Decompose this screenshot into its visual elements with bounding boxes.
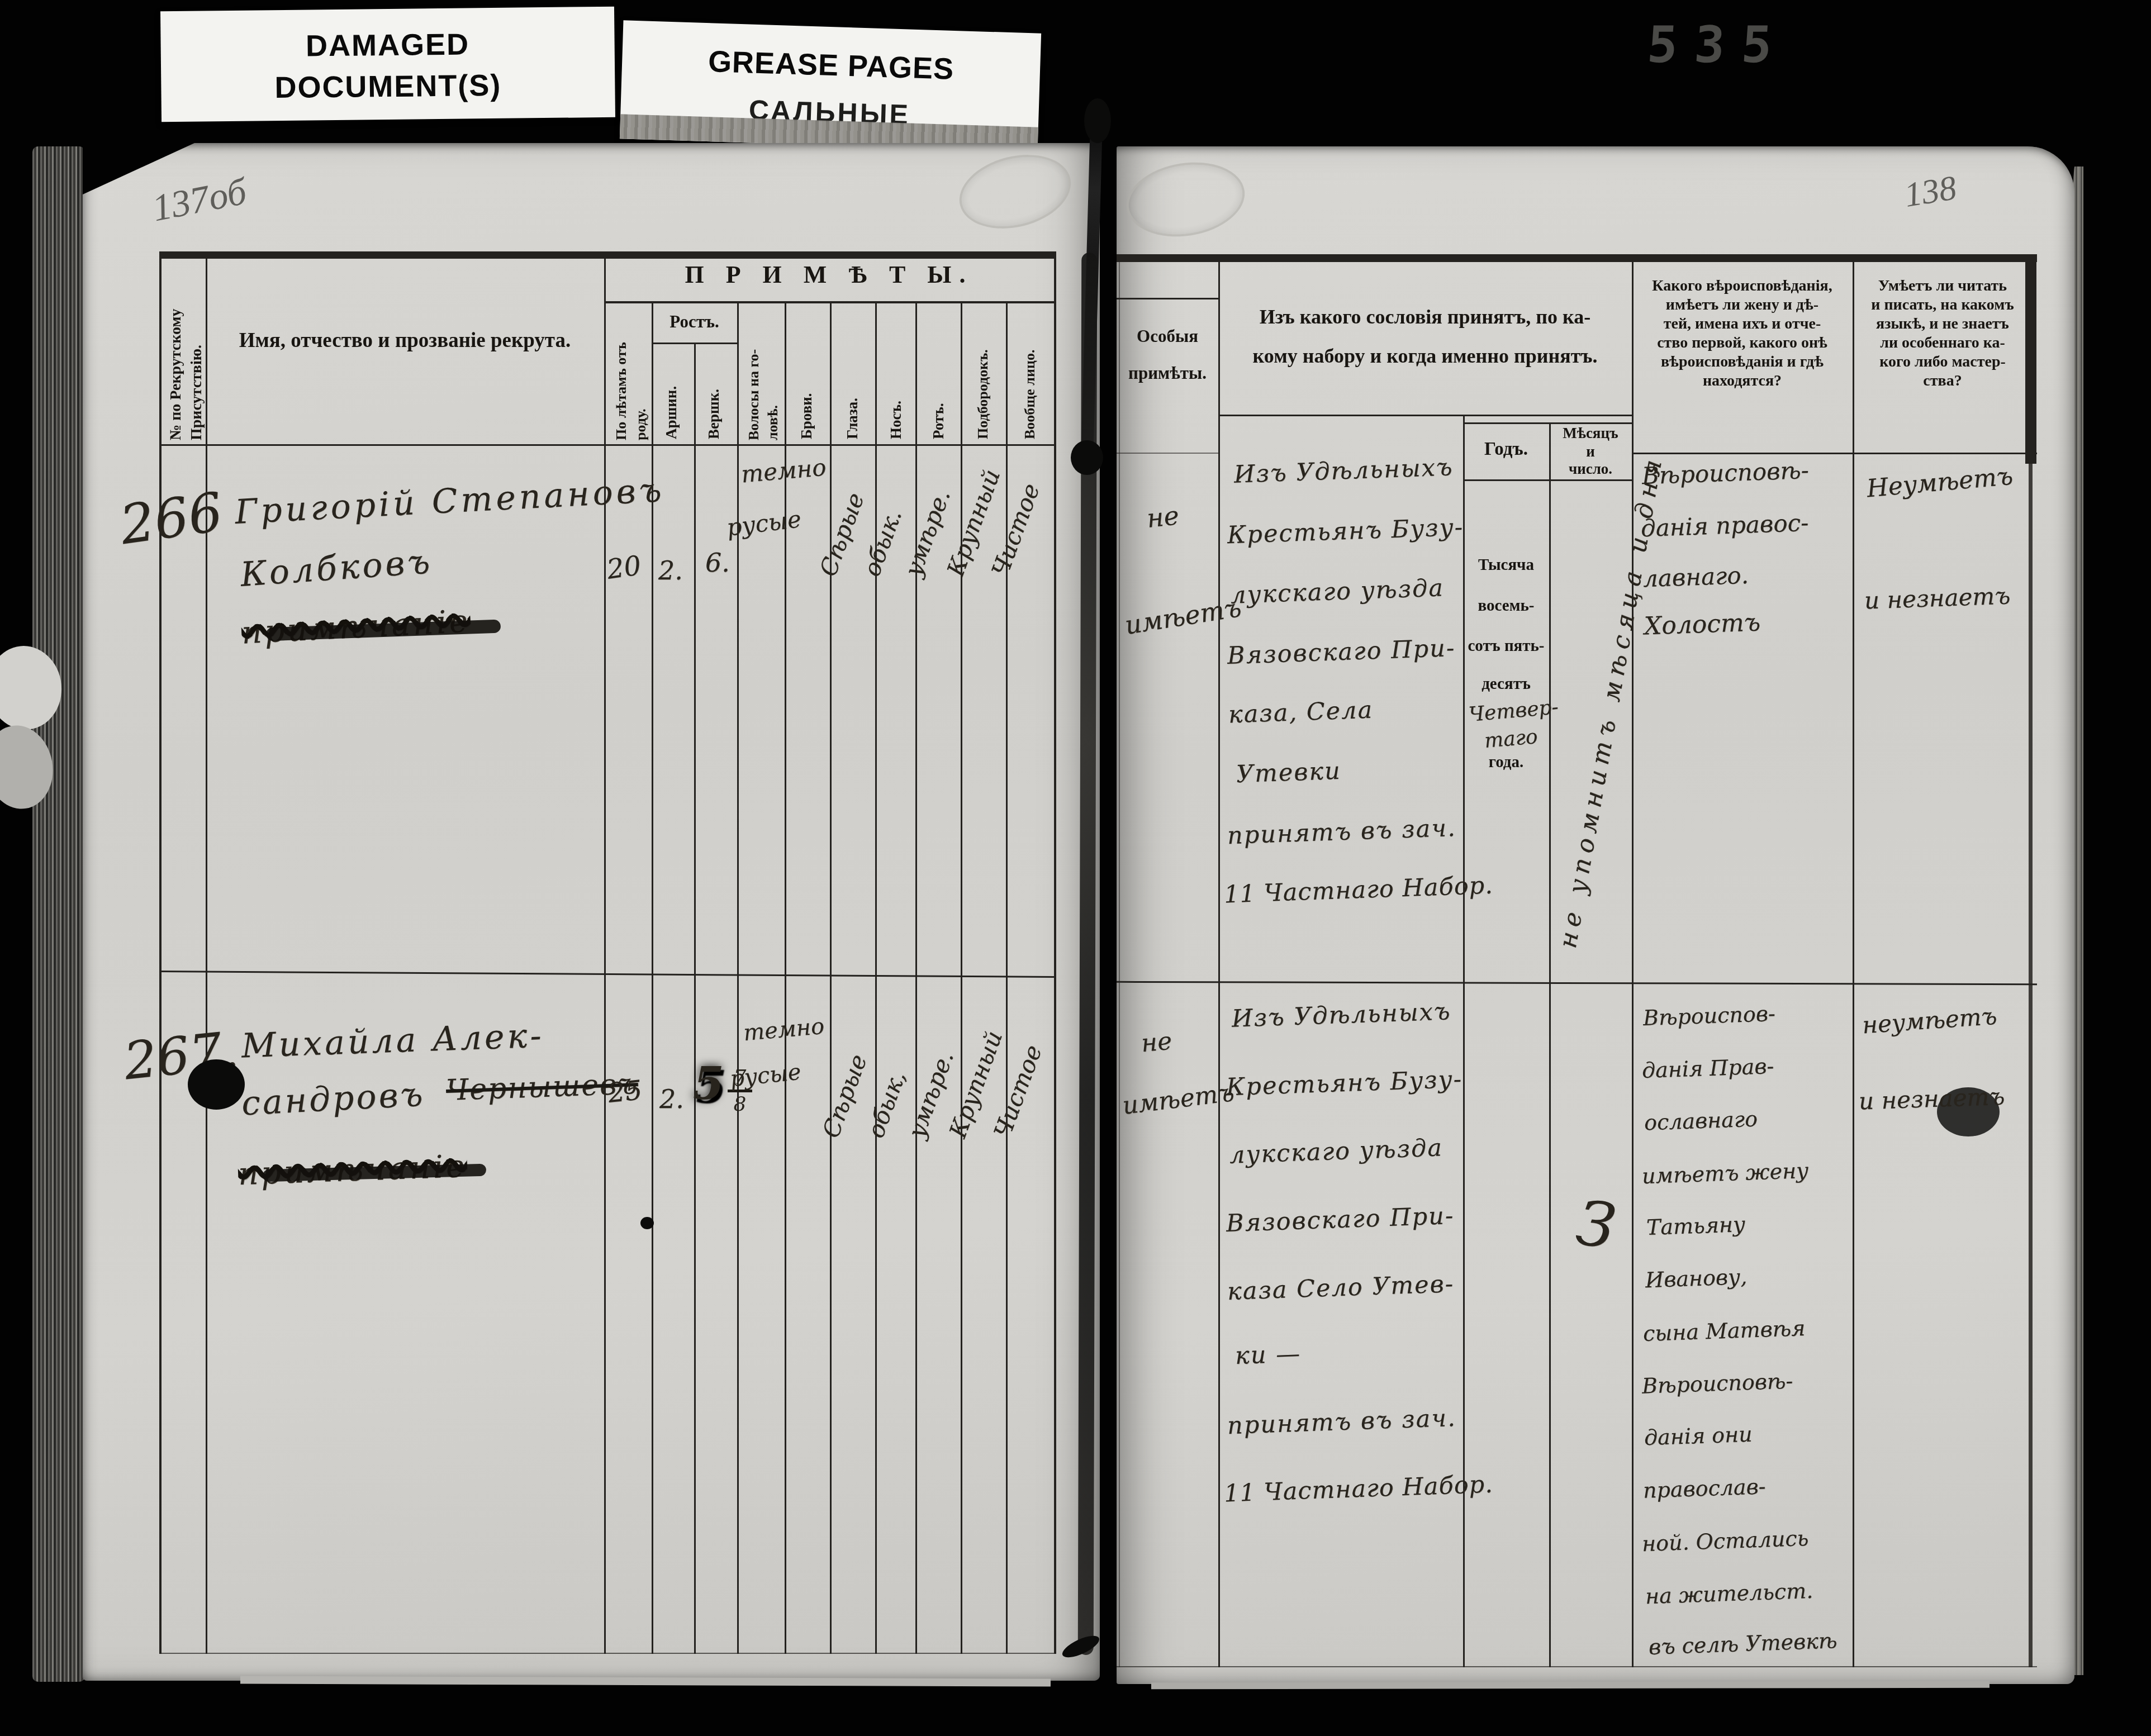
col-header-special-line1: Особыя bbox=[1117, 326, 1218, 346]
special-marks-line1: не bbox=[1140, 1027, 1173, 1058]
col-header-religion-l1: Какого вѣроисповѣданія, bbox=[1632, 277, 1853, 295]
col-header-name: Имя, отчество и прозваніе рекрута. bbox=[206, 329, 604, 353]
grease-label-title: GREASE PAGES bbox=[621, 41, 1041, 89]
table-line bbox=[159, 444, 1054, 446]
col-header-religion-l6: находятся? bbox=[1632, 372, 1853, 390]
table-line bbox=[1632, 254, 1634, 1667]
col-header-literacy-l4: ли особеннаго ка- bbox=[1853, 334, 2033, 352]
table-line bbox=[159, 251, 162, 1654]
year-printed-l1: Тысяча bbox=[1463, 556, 1549, 574]
vershok-whole-blotted: 5 bbox=[693, 1057, 724, 1110]
table-line bbox=[1117, 254, 2037, 262]
damaged-label-line2: DOCUMENT(S) bbox=[161, 67, 615, 106]
estate-line: ки — bbox=[1234, 1340, 1302, 1370]
col-header-literacy-l3: языкѣ, и не знаетъ bbox=[1853, 315, 2033, 333]
frame-counter-digits: 535 bbox=[1645, 16, 1791, 74]
table-line bbox=[1119, 254, 1120, 1667]
table-line bbox=[604, 251, 606, 1654]
col-header-nose: Носъ. bbox=[887, 401, 905, 439]
col-header-recruit-no: № по Рекрутскому Присутствію. bbox=[165, 308, 207, 440]
table-line bbox=[830, 301, 832, 1654]
col-header-religion-l3: тей, имена ихъ и отче- bbox=[1632, 315, 1853, 333]
table-line bbox=[1054, 251, 1056, 1654]
col-header-religion-l2: имѣетъ ли жену и дѣ- bbox=[1632, 296, 1853, 314]
estate-line: Утевки bbox=[1236, 757, 1341, 789]
col-header-literacy-l1: Умѣетъ ли читать bbox=[1853, 277, 2033, 295]
col-header-month-line3: число. bbox=[1549, 460, 1632, 478]
literacy-line2: и незнаетъ bbox=[1858, 1082, 2005, 1115]
table-line bbox=[1632, 453, 2037, 454]
year-printed-l4: десятъ bbox=[1463, 675, 1549, 693]
col-header-religion-l4: ство первой, какого онѣ bbox=[1632, 334, 1853, 352]
table-line bbox=[785, 301, 786, 1654]
religion-line: Иванову, bbox=[1645, 1264, 1747, 1292]
table-line bbox=[1463, 479, 1632, 481]
col-header-month-line2: и bbox=[1549, 443, 1632, 460]
col-header-month-line1: Мѣсяцъ bbox=[1549, 425, 1632, 442]
table-line bbox=[961, 301, 962, 1654]
grease-pages-label: GREASE PAGES САЛЬНЫЕ bbox=[620, 20, 1041, 151]
col-header-literacy-l6: ства? bbox=[1853, 372, 2033, 390]
col-header-year: Годъ. bbox=[1463, 439, 1549, 460]
arshin-value: 2. bbox=[659, 1084, 684, 1114]
table-line bbox=[1218, 254, 1220, 1667]
year-printed-l3: сотъ пять- bbox=[1463, 637, 1549, 655]
scanned-register-frame: DAMAGED DOCUMENT(S) GREASE PAGES САЛЬНЫЕ… bbox=[0, 0, 2151, 1736]
religion-line: православ- bbox=[1642, 1474, 1766, 1503]
ink-splotch-top bbox=[1071, 440, 1103, 475]
col-header-literacy-l2: и писать, на какомъ bbox=[1853, 296, 2033, 314]
religion-line: Вѣроиспов- bbox=[1642, 1001, 1775, 1030]
table-line bbox=[1218, 415, 1632, 416]
table-line bbox=[915, 301, 917, 1654]
religion-line: данія Прав- bbox=[1641, 1054, 1774, 1083]
arshin-value: 2. bbox=[658, 555, 683, 586]
col-header-mouth: Ротъ. bbox=[930, 403, 947, 439]
col-header-arshin: Аршин. bbox=[663, 386, 680, 439]
ink-blot-large bbox=[188, 1059, 245, 1110]
table-line bbox=[1117, 298, 1218, 299]
table-line bbox=[1117, 453, 1218, 454]
religion-line: Вѣроисповѣ- bbox=[1641, 1368, 1793, 1398]
col-header-estate-line1: Изъ какого сословія принятъ, по ка- bbox=[1218, 305, 1632, 329]
year-printed-l5: года. bbox=[1463, 753, 1549, 772]
col-header-special-line2: примѣты. bbox=[1117, 363, 1218, 383]
table-line bbox=[737, 301, 739, 1654]
estate-line: каза, Села bbox=[1228, 696, 1374, 729]
table-line bbox=[2029, 464, 2033, 1667]
table-line bbox=[694, 343, 696, 1654]
col-header-eyes: Глаза. bbox=[844, 398, 861, 439]
table-line bbox=[1117, 1666, 2037, 1667]
ink-dot bbox=[640, 1217, 654, 1229]
col-header-estate-line2: кому набору и когда именно принятъ. bbox=[1218, 344, 1632, 368]
special-marks-line1: не bbox=[1145, 500, 1180, 534]
age-value: 20 bbox=[605, 550, 643, 586]
religion-line: Вѣроисповѣ- bbox=[1641, 456, 1809, 489]
age-value: 25 bbox=[606, 1074, 644, 1109]
table-line bbox=[1853, 254, 1854, 1667]
book-left-edge bbox=[32, 146, 85, 1682]
col-header-chin: Подбородокъ. bbox=[975, 349, 991, 439]
table-line bbox=[875, 301, 877, 1654]
religion-line: лавнаго. bbox=[1642, 562, 1749, 593]
folio-number-right: 138 bbox=[1902, 168, 1959, 216]
fraction-denominator: 8 bbox=[734, 1093, 747, 1116]
table-line bbox=[159, 251, 1054, 259]
table-line bbox=[604, 301, 1054, 303]
damaged-document-label: DAMAGED DOCUMENT(S) bbox=[160, 7, 615, 122]
col-header-religion-l5: вѣроисповѣданія и гдѣ bbox=[1632, 353, 1853, 371]
year-written-line2: таго bbox=[1483, 725, 1539, 753]
col-header-primety: П Р И М Ѣ Т Ы. bbox=[604, 260, 1054, 289]
table-line bbox=[1463, 422, 1632, 424]
right-page-bottom-edge bbox=[1151, 1681, 1989, 1690]
col-header-hair: Волосы на го- ловѣ. bbox=[744, 349, 782, 440]
vershok-value: 6. bbox=[705, 548, 730, 578]
religion-line: Холостъ bbox=[1644, 608, 1761, 640]
col-header-age: По лѣтамъ отъ роду. bbox=[611, 342, 650, 440]
table-line bbox=[1549, 422, 1551, 1667]
religion-line: данія правос- bbox=[1640, 509, 1809, 542]
col-header-vershok: Вершк. bbox=[705, 389, 723, 439]
col-header-height: Ростъ. bbox=[652, 312, 737, 332]
col-header-literacy-l5: кого либо мастер- bbox=[1853, 353, 2033, 371]
religion-line: ославнаго bbox=[1644, 1106, 1758, 1135]
year-printed-l2: восемь- bbox=[1463, 597, 1549, 615]
col-header-brows: Брови. bbox=[798, 393, 815, 439]
religion-line: данія они bbox=[1644, 1422, 1753, 1450]
col-header-face: Вообще лицо. bbox=[1022, 350, 1038, 439]
table-line bbox=[1006, 301, 1008, 1654]
damaged-label-line1: DAMAGED bbox=[160, 26, 615, 65]
left-page bbox=[83, 143, 1100, 1681]
religion-line: Татьяну bbox=[1646, 1212, 1745, 1240]
table-line bbox=[159, 1653, 1054, 1654]
literacy-line2: и незнаетъ bbox=[1864, 582, 2011, 614]
pen-top-blob bbox=[1084, 98, 1111, 143]
table-line bbox=[206, 251, 207, 1654]
